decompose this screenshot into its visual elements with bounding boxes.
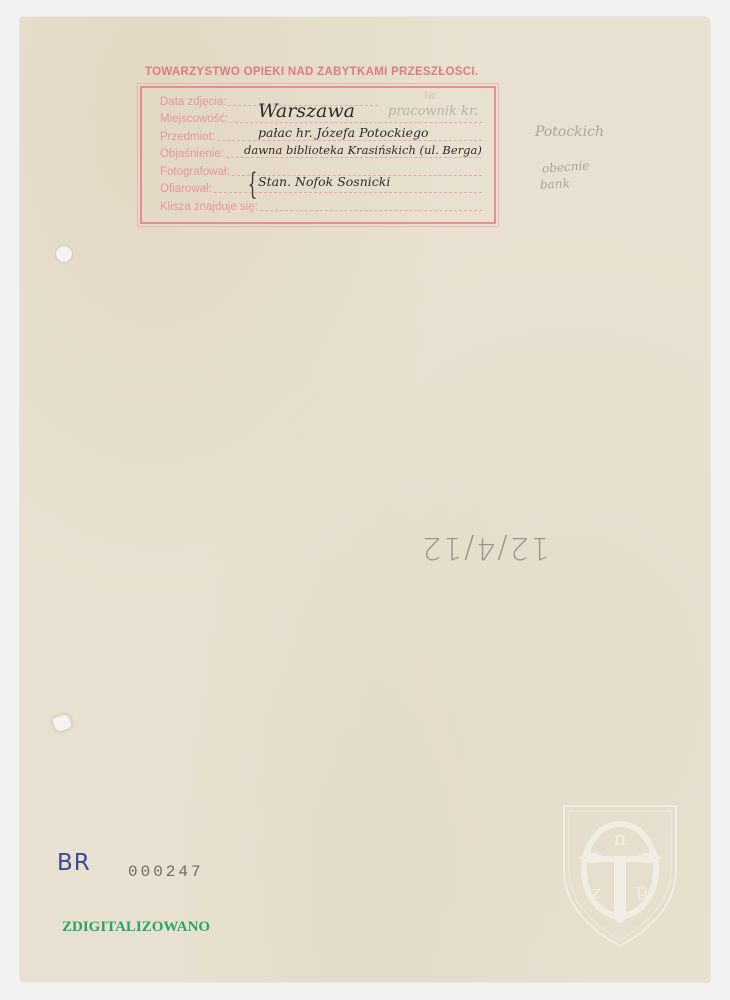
- document-scan: TOWARZYSTWO OPIEKI NAD ZABYTKAMI PRZESZŁ…: [0, 0, 730, 1000]
- emblem-watermark-icon: n z p: [560, 800, 680, 950]
- pencil-note-line3: bank: [540, 176, 571, 192]
- brace-mark: {: [248, 170, 258, 200]
- field-label: Ofiarował:: [160, 182, 212, 196]
- handwritten-place: Warszawa: [258, 100, 355, 122]
- digitized-stamp: ZDIGITALIZOWANO: [62, 919, 210, 936]
- punch-hole-top: [56, 246, 72, 262]
- pencil-overwrite: pracownik kr.: [388, 104, 478, 119]
- inventory-number: 000247: [128, 863, 204, 881]
- field-label: Data zdjęcia:: [160, 95, 226, 109]
- br-mark: BR: [57, 850, 91, 876]
- svg-text:p: p: [636, 880, 648, 901]
- upside-down-note: 12/4/12: [420, 530, 550, 565]
- field-line: [260, 209, 482, 211]
- svg-text:n: n: [614, 826, 627, 850]
- svg-text:z: z: [591, 882, 600, 903]
- stamp-field-negative: Klisza znajduje się:: [160, 197, 482, 214]
- handwritten-subject: pałac hr. Józefa Potockiego: [258, 125, 429, 140]
- field-label: Klisza znajduje się:: [160, 200, 258, 214]
- handwritten-donor: Stan. Nofok Sosnicki: [258, 174, 390, 189]
- handwritten-explanation: dawna biblioteka Krasińskich (ul. Berga): [244, 143, 482, 157]
- field-label: Miejscowość:: [160, 112, 228, 126]
- field-label: Przedmiot:: [160, 130, 215, 144]
- field-label: Objaśnienie:: [160, 147, 224, 161]
- pencil-note-line1: Potockich: [535, 124, 604, 140]
- stamp-header: TOWARZYSTWO OPIEKI NAD ZABYTKAMI PRZESZŁ…: [145, 66, 525, 78]
- field-label: Fotografował:: [160, 165, 230, 179]
